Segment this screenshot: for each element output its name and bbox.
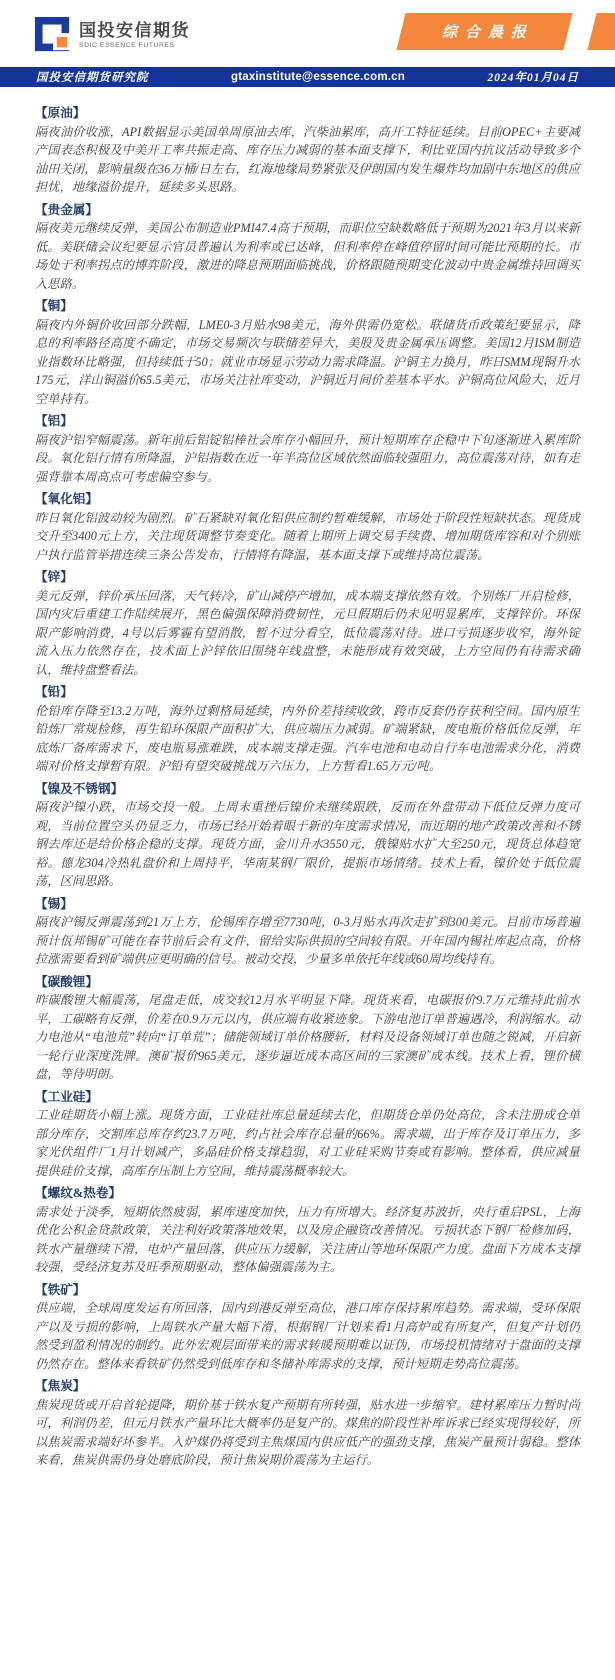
section-title: 【焦炭】 [35,1377,580,1396]
report-date: 2024年01月04日 [487,69,579,85]
section-title: 【氧化铝】 [35,490,580,509]
company-logo: 国投安信期货 SDIC ESSENCE FUTURES [34,16,190,54]
company-name-en: SDIC ESSENCE FUTURES [79,42,190,49]
section-title: 【铜】 [35,297,580,316]
report-type-label: 综合晨报 [434,21,534,42]
section-text: 工业硅期货小幅上涨。现货方面，工业硅社库总量延续去化，但期货仓单仍处高位，含未注… [35,1106,580,1180]
report-section: 【碳酸锂】 昨碳酸锂大幅震荡，尾盘走低，成交较12月水平明显下降。现货来看，电碳… [35,973,580,1084]
section-title: 【工业硅】 [35,1088,580,1107]
company-logo-icon [34,16,72,54]
section-text: 隔夜美元继续反弹，美国公布制造业PMI47.4高于预期，而职位空缺数略低于预期为… [35,219,580,293]
section-title: 【碳酸锂】 [35,973,580,992]
report-section: 【锌】 美元反弹，锌价承压回落，天气转冷，矿山减停产增加，成本端支撑依然有效。个… [35,568,580,679]
report-section: 【氧化铝】 昨日氧化铝波动较为剧烈。矿石紧缺对氧化铝供应制约暂难缓解，市场处于阶… [35,490,580,564]
report-section: 【焦炭】 焦炭现货或开启首轮提降，期价基于铁水复产预期有所转强，贴水进一步缩窄。… [35,1377,580,1470]
report-section: 【铅】 伦铅库存降至13.2万吨，海外过剩格局延续，内外价差持续收敛，跨市反套仍… [35,683,580,776]
report-section: 【螺纹&热卷】 需求处于淡季，短期依然疲弱，累库速度加快，压力有所增大。经济复苏… [35,1184,580,1277]
report-section: 【原油】 隔夜油价收涨，API数据显示美国单周原油去库，汽柴油累库，高开工特征延… [35,104,580,197]
section-text: 美元反弹，锌价承压回落，天气转冷，矿山减停产增加，成本端支撑依然有效。个别炼厂开… [35,587,580,680]
section-title: 【铁矿】 [35,1281,580,1300]
report-body: 【原油】 隔夜油价收涨，API数据显示美国单周原油去库，汽柴油累库，高开工特征延… [0,87,615,1474]
report-section: 【铝】 隔夜沪铝窄幅震荡。新年前后铝锭铝棒社会库存小幅回升，预计短期库存企稳中下… [35,412,580,486]
report-section: 【铁矿】 供应端，全球周度发运有所回落，国内到港反弹至高位，港口库存保持累库趋势… [35,1281,580,1374]
section-text: 隔夜沪铝窄幅震荡。新年前后铝锭铝棒社会库存小幅回升，预计短期库存企稳中下旬逐渐进… [35,431,580,487]
section-text: 焦炭现货或开启首轮提降，期价基于铁水复产预期有所转强，贴水进一步缩窄。建材累库压… [35,1396,580,1470]
section-text: 隔夜油价收涨，API数据显示美国单周原油去库，汽柴油累库，高开工特征延续。目前O… [35,123,580,197]
morning-report-page: 国投安信期货 SDIC ESSENCE FUTURES 综合晨报 国投安信期货研… [0,0,615,1680]
section-text: 隔夜沪镍小跌，市场交投一般。上周末重挫后镍价未继续跟跌，反而在外盘带动下低位反弹… [35,798,580,891]
report-type-badge: 综合晨报 [396,13,572,50]
section-title: 【锌】 [35,568,580,587]
section-text: 需求处于淡季，短期依然疲弱，累库速度加快，压力有所增大。经济复苏波折，央行重启P… [35,1203,580,1277]
company-name-cn: 国投安信期货 [79,21,190,40]
section-title: 【螺纹&热卷】 [35,1184,580,1203]
section-title: 【铅】 [35,683,580,702]
section-title: 【铝】 [35,412,580,431]
company-name-block: 国投安信期货 SDIC ESSENCE FUTURES [79,16,190,49]
report-section: 【工业硅】 工业硅期货小幅上涨。现货方面，工业硅社库总量延续去化，但期货仓单仍处… [35,1088,580,1181]
section-title: 【镍及不锈钢】 [35,780,580,799]
section-text: 昨日氧化铝波动较为剧烈。矿石紧缺对氧化铝供应制约暂难缓解，市场处于阶段性短缺状态… [35,509,580,565]
report-section: 【贵金属】 隔夜美元继续反弹，美国公布制造业PMI47.4高于预期，而职位空缺数… [35,201,580,294]
section-text: 昨碳酸锂大幅震荡，尾盘走低，成交较12月水平明显下降。现货来看，电碳报价9.7万… [35,991,580,1084]
report-section: 【镍及不锈钢】 隔夜沪镍小跌，市场交投一般。上周末重挫后镍价未继续跟跌，反而在外… [35,780,580,891]
section-title: 【原油】 [35,104,580,123]
section-text: 供应端，全球周度发运有所回落，国内到港反弹至高位，港口库存保持累库趋势。需求端，… [35,1299,580,1373]
section-title: 【贵金属】 [35,201,580,220]
contact-email: gtaxinstitute@essence.com.cn [231,71,405,83]
report-section: 【锡】 隔夜沪锡反弹震荡到21万上方，伦锡库存增至7730吨，0-3月贴水再次走… [35,895,580,969]
badge-decoration-stripe [587,13,615,50]
section-text: 隔夜沪锡反弹震荡到21万上方，伦锡库存增至7730吨，0-3月贴水再次走扩到30… [35,913,580,969]
report-header: 国投安信期货 SDIC ESSENCE FUTURES 综合晨报 [0,0,615,67]
section-text: 隔夜内外铜价收回部分跌幅，LME0-3月贴水98美元，海外供需仍宽松。联储货币政… [35,316,580,409]
section-text: 伦铅库存降至13.2万吨，海外过剩格局延续，内外价差持续收敛，跨市反套仍存获利空… [35,702,580,776]
institute-name: 国投安信期货研究院 [36,69,149,85]
info-bar: 国投安信期货研究院 gtaxinstitute@essence.com.cn 2… [0,67,615,87]
report-section: 【铜】 隔夜内外铜价收回部分跌幅，LME0-3月贴水98美元，海外供需仍宽松。联… [35,297,580,408]
section-title: 【锡】 [35,895,580,914]
